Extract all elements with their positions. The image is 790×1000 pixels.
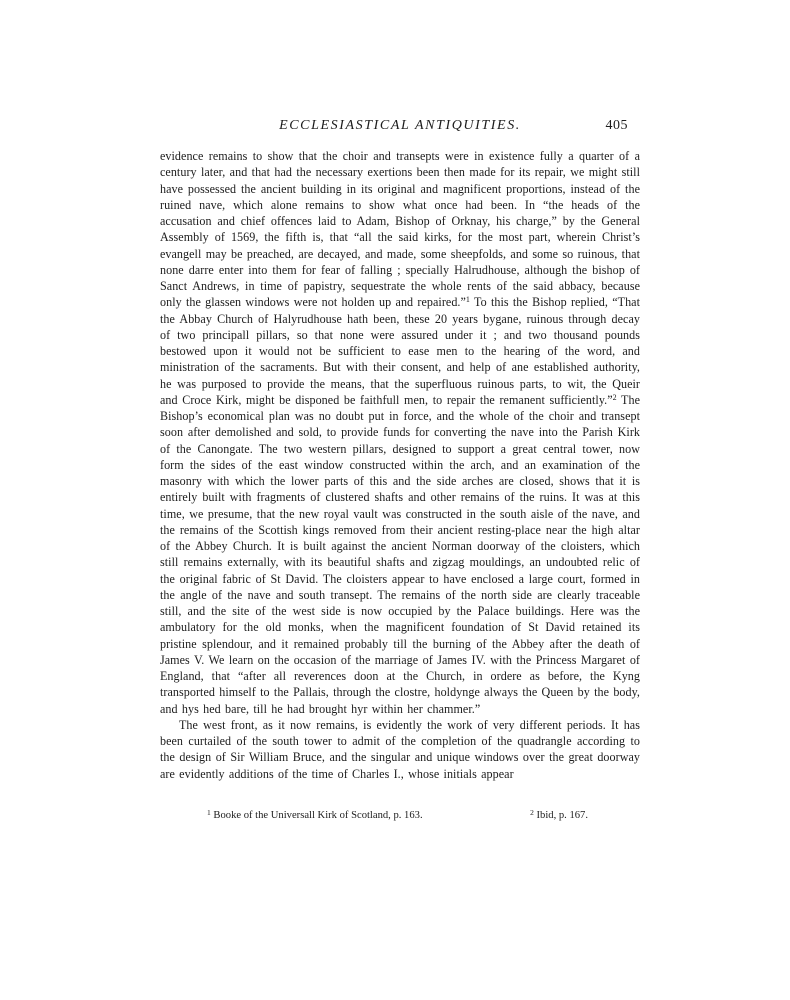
paragraph-1: evidence remains to show that the choir … — [160, 148, 640, 717]
footnote-1-marker: 1 — [207, 808, 211, 817]
footnote-2: 2 Ibid, p. 167. — [530, 806, 588, 822]
footnote-2-marker: 2 — [530, 808, 534, 817]
page-header: ECCLESIASTICAL ANTIQUITIES. 405 — [160, 118, 640, 140]
paragraph-2: The west front, as it now remains, is ev… — [160, 717, 640, 782]
paragraph-1-text-a: evidence remains to show that the choir … — [160, 149, 640, 309]
book-page: ECCLESIASTICAL ANTIQUITIES. 405 evidence… — [0, 0, 790, 1000]
paragraph-1-text-c: The Bishop’s economical plan was no doub… — [160, 393, 640, 716]
text-block: ECCLESIASTICAL ANTIQUITIES. 405 evidence… — [160, 118, 640, 822]
footnotes: 1 Booke of the Universall Kirk of Scotla… — [160, 806, 640, 822]
footnote-1: 1 Booke of the Universall Kirk of Scotla… — [207, 806, 423, 822]
page-number: 405 — [606, 118, 629, 134]
running-title: ECCLESIASTICAL ANTIQUITIES. — [160, 118, 640, 134]
footnote-2-text: Ibid, p. 167. — [537, 810, 589, 821]
footnote-1-text: Booke of the Universall Kirk of Scotland… — [213, 810, 422, 821]
paragraph-1-text-b: To this the Bishop replied, “That the Ab… — [160, 295, 640, 407]
